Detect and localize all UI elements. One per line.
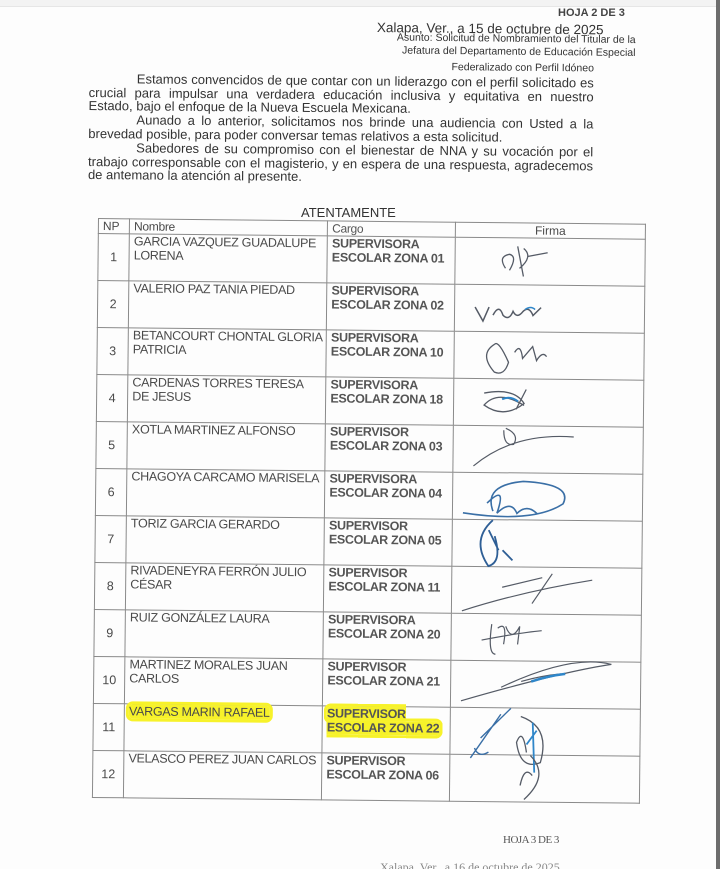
header-nombre: Nombre (129, 219, 327, 236)
letter-body: Federalizado con Perfil Idóneo Estamos c… (88, 58, 594, 187)
signature-cell (452, 472, 643, 521)
member-position-text: SUPERVISOR ESCOLAR ZONA 21 (327, 659, 440, 688)
row-number: 8 (94, 562, 126, 609)
row-number: 2 (97, 281, 129, 328)
row-number: 3 (97, 327, 129, 374)
signature-cell (450, 660, 641, 709)
member-name-text: BETANCOURT CHONTAL GLORIA PATRICIA (133, 328, 322, 357)
member-name-text: XOTLA MARTINEZ ALFONSO (132, 422, 295, 438)
member-position-text: SUPERVISOR ESCOLAR ZONA 06 (326, 753, 439, 782)
member-position: SUPERVISOR ESCOLAR ZONA 05 (324, 518, 452, 566)
member-name-text: VALERIO PAZ TANIA PIEDAD (133, 281, 295, 297)
scanned-document-page: HOJA 2 DE 3 Xalapa, Ver., a 15 de octubr… (0, 0, 716, 869)
handwritten-signature-icon (462, 520, 632, 570)
table-row: 7TORIZ GARCIA GERARDOSUPERVISOR ESCOLAR … (95, 515, 642, 568)
row-number: 5 (96, 421, 128, 468)
signature-cell (449, 754, 640, 803)
member-position: SUPERVISOR ESCOLAR ZONA 11 (324, 565, 452, 613)
handwritten-signature-icon (460, 755, 630, 805)
paragraph-1: Estamos convencidos de que contar con un… (89, 72, 594, 118)
member-name: GARCIA VAZQUEZ GUADALUPE LORENA (129, 234, 328, 283)
row-number: 10 (93, 656, 125, 703)
member-name: XOTLA MARTINEZ ALFONSO (127, 422, 326, 471)
row-number: 11 (93, 703, 125, 750)
row-number: 9 (94, 609, 126, 656)
member-position: SUPERVISORA ESCOLAR ZONA 18 (326, 377, 454, 425)
header-cargo: Cargo (328, 221, 456, 237)
member-position-text: SUPERVISOR ESCOLAR ZONA 05 (329, 518, 442, 547)
member-position-text: SUPERVISORA ESCOLAR ZONA 01 (332, 236, 445, 265)
subject-block: Asunto: Solicitud de Nombramiento del Ti… (397, 32, 636, 59)
member-position: SUPERVISORA ESCOLAR ZONA 10 (326, 330, 454, 378)
handwritten-signature-icon (464, 379, 634, 429)
member-name: CHAGOYA CARCAMO MARISELA (127, 469, 326, 518)
member-name: RUIZ GONZÁLEZ LAURA (125, 610, 324, 659)
handwritten-signature-icon (463, 473, 633, 523)
member-position: SUPERVISORA ESCOLAR ZONA 01 (327, 236, 455, 284)
table-row: 9RUIZ GONZÁLEZ LAURASUPERVISORA ESCOLAR … (94, 609, 641, 662)
table-body: 1GARCIA VAZQUEZ GUADALUPE LORENASUPERVIS… (92, 234, 645, 804)
member-name: VELASCO PEREZ JUAN CARLOS (124, 751, 323, 800)
member-name: VARGAS MARIN RAFAEL (124, 704, 323, 753)
scan-right-edge (716, 0, 720, 869)
signature-cell (454, 331, 645, 380)
signature-cell (455, 237, 646, 286)
member-name-text: RIVADENEYRA FERRÓN JULIO CÉSAR (130, 563, 306, 591)
table-row: 2VALERIO PAZ TANIA PIEDADSUPERVISORA ESC… (97, 281, 644, 334)
next-page-label: HOJA 3 DE 3 (503, 834, 559, 846)
member-position-text: SUPERVISOR ESCOLAR ZONA 22 (327, 706, 440, 735)
member-position: SUPERVISORA ESCOLAR ZONA 04 (325, 471, 453, 519)
signature-cell (451, 613, 642, 662)
table-row: 8RIVADENEYRA FERRÓN JULIO CÉSARSUPERVISO… (94, 562, 641, 615)
subject-line: Jefatura del Departamento de Educación E… (397, 44, 636, 59)
signature-cell (453, 378, 644, 427)
member-name: TORIZ GARCIA GERARDO (126, 516, 325, 565)
next-page-date: Xalapa, Ver., a 16 de octubre de 2025 (380, 860, 560, 869)
member-name: CARDENAS TORRES TERESA DE JESUS (128, 375, 327, 424)
member-position-text: SUPERVISORA ESCOLAR ZONA 18 (330, 377, 443, 406)
member-name-text: VARGAS MARIN RAFAEL (129, 704, 270, 719)
paragraph-3: Sabedores de su compromiso con el bienes… (88, 141, 593, 187)
member-name-text: TORIZ GARCIA GERARDO (131, 516, 280, 532)
table-row: 11VARGAS MARIN RAFAELSUPERVISOR ESCOLAR … (93, 703, 640, 756)
table-row: 10MARTINEZ MORALES JUAN CARLOSSUPERVISOR… (93, 656, 640, 709)
row-number: 6 (95, 468, 127, 515)
handwritten-signature-icon (461, 661, 631, 711)
signature-table: NP Nombre Cargo Firma 1GARCIA VAZQUEZ GU… (92, 218, 646, 804)
row-number: 4 (96, 374, 128, 421)
scan-top-edge (0, 0, 720, 7)
table-row: 6CHAGOYA CARCAMO MARISELASUPERVISORA ESC… (95, 468, 642, 521)
member-name-text: CARDENAS TORRES TERESA DE JESUS (132, 375, 303, 404)
handwritten-signature-icon (461, 614, 631, 664)
table-row: 3BETANCOURT CHONTAL GLORIA PATRICIASUPER… (97, 327, 644, 380)
header-np: NP (98, 219, 129, 234)
member-position-text: SUPERVISORA ESCOLAR ZONA 04 (329, 471, 442, 500)
closing-atentamente: ATENTAMENTE (301, 205, 396, 220)
handwritten-signature-icon (463, 426, 633, 476)
member-name-text: RUIZ GONZÁLEZ LAURA (130, 610, 270, 625)
member-position-text: SUPERVISORA ESCOLAR ZONA 02 (331, 283, 444, 312)
row-number: 1 (98, 234, 130, 281)
signature-cell (451, 566, 642, 615)
table-row: 4CARDENAS TORRES TERESA DE JESUSSUPERVIS… (96, 374, 643, 427)
member-position: SUPERVISOR ESCOLAR ZONA 06 (322, 753, 450, 801)
member-name-text: GARCIA VAZQUEZ GUADALUPE LORENA (134, 234, 316, 263)
page-number-label: HOJA 2 DE 3 (558, 7, 625, 19)
table-row: 5XOTLA MARTINEZ ALFONSOSUPERVISOR ESCOLA… (96, 421, 643, 474)
signature-cell (452, 519, 643, 568)
signature-cell (450, 707, 641, 756)
member-name-text: VELASCO PEREZ JUAN CARLOS (128, 751, 316, 767)
signature-cell (453, 425, 644, 474)
row-number: 12 (92, 750, 124, 797)
member-position: SUPERVISORA ESCOLAR ZONA 02 (327, 283, 455, 331)
member-position-text: SUPERVISOR ESCOLAR ZONA 03 (330, 424, 443, 453)
member-name-text: CHAGOYA CARCAMO MARISELA (131, 469, 319, 485)
handwritten-signature-icon (462, 567, 632, 617)
member-name-text: MARTINEZ MORALES JUAN CARLOS (129, 657, 287, 686)
handwritten-signature-icon (460, 708, 630, 758)
member-position: SUPERVISORA ESCOLAR ZONA 20 (323, 612, 451, 660)
member-position: SUPERVISOR ESCOLAR ZONA 22 (322, 706, 450, 754)
member-position-text: SUPERVISORA ESCOLAR ZONA 10 (331, 330, 444, 359)
handwritten-signature-icon (465, 285, 635, 335)
handwritten-signature-icon (465, 238, 635, 288)
member-name: MARTINEZ MORALES JUAN CARLOS (125, 657, 324, 706)
member-name: RIVADENEYRA FERRÓN JULIO CÉSAR (126, 563, 325, 612)
row-number: 7 (95, 515, 127, 562)
member-position: SUPERVISOR ESCOLAR ZONA 03 (325, 424, 453, 472)
member-name: BETANCOURT CHONTAL GLORIA PATRICIA (128, 328, 327, 377)
member-name: VALERIO PAZ TANIA PIEDAD (129, 281, 328, 330)
table-row: 1GARCIA VAZQUEZ GUADALUPE LORENASUPERVIS… (98, 234, 645, 287)
handwritten-signature-icon (464, 332, 634, 382)
member-position-text: SUPERVISORA ESCOLAR ZONA 20 (328, 612, 441, 641)
table-row: 12VELASCO PEREZ JUAN CARLOSSUPERVISOR ES… (92, 750, 639, 803)
member-position: SUPERVISOR ESCOLAR ZONA 21 (323, 659, 451, 707)
member-position-text: SUPERVISOR ESCOLAR ZONA 11 (328, 565, 440, 594)
signature-cell (454, 284, 645, 333)
